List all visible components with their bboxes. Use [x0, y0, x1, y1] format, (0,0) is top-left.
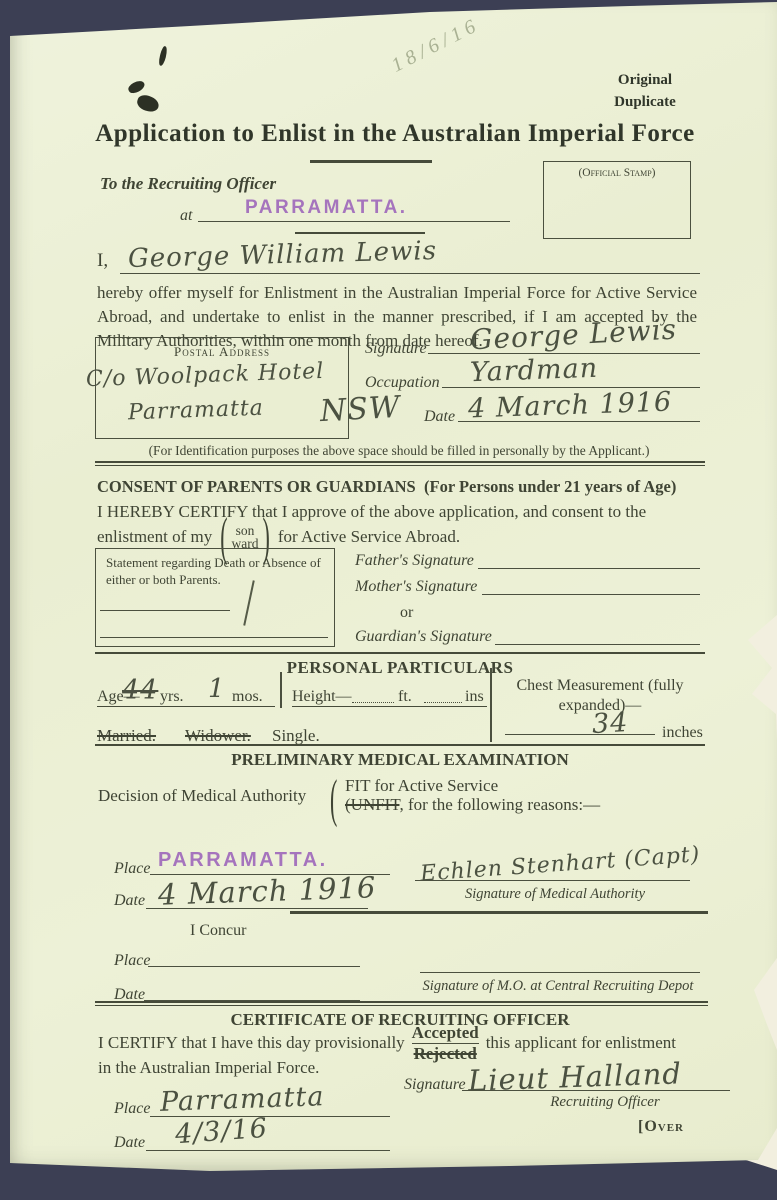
months-value-handwriting: 1 [208, 674, 226, 704]
unfit-word-struck: (UNFIT [345, 795, 399, 814]
postal-line2-handwriting: Parramatta [128, 396, 265, 426]
certificate-body-start: I CERTIFY that I have this day provision… [98, 1033, 405, 1053]
mother-signature-line [482, 571, 700, 595]
at-label: at [180, 207, 192, 225]
title-underline [310, 160, 432, 163]
mo-signature-label: Signature of M.O. at Central Recruiting … [408, 978, 708, 995]
ro-date-label: Date [114, 1134, 145, 1152]
name-line [120, 248, 700, 274]
section-rule [95, 465, 705, 466]
fit-line: FIT for Active Service [345, 776, 498, 796]
certificate-body-end: in the Australian Imperial Force. [98, 1058, 319, 1078]
medical-place-label: Place [114, 860, 150, 878]
section-rule [95, 652, 705, 654]
ro-date-line [146, 1126, 390, 1151]
son-ward-brace: son ward [232, 524, 259, 551]
chest-divider [490, 668, 492, 742]
mo-signature-line [420, 948, 700, 973]
height-ft-blank [352, 680, 394, 703]
or-label: or [400, 604, 413, 622]
salutation: To the Recruiting Officer [100, 174, 276, 194]
consent-heading-main: CONSENT OF PARENTS OR GUARDIANS [97, 477, 416, 496]
medical-date-label: Date [114, 892, 145, 910]
consent-body-line1: I HEREBY CERTIFY that I approve of the a… [97, 502, 697, 522]
section-rule [95, 1005, 708, 1006]
original-label: Original [600, 72, 690, 89]
father-signature-label: Father's Signature [355, 552, 474, 570]
authority-signature-line [415, 856, 690, 881]
at-underline [295, 232, 425, 234]
height-blank-line [292, 706, 487, 707]
decision-brace: ( [330, 768, 337, 830]
ro-signature-line [462, 1066, 730, 1091]
concur-place-label: Place [114, 952, 150, 970]
date-label: Date [424, 408, 455, 426]
ro-place-label: Place [114, 1100, 150, 1118]
decision-label: Decision of Medical Authority [98, 786, 306, 806]
accepted-rejected-block: Accepted Rejected [412, 1023, 479, 1063]
single-option: Single. [272, 726, 320, 746]
ins-label: ins [465, 688, 484, 706]
concur-date-line [144, 976, 360, 1001]
father-signature-line [478, 545, 700, 569]
i-concur-label: I Concur [190, 922, 246, 940]
chest-blank-line [505, 712, 655, 735]
concur-place-line [148, 942, 360, 967]
over-label: [Over [638, 1118, 684, 1136]
guardian-signature-label: Guardian's Signature [355, 628, 492, 646]
section-rule [95, 1001, 708, 1003]
section-rule [95, 744, 705, 746]
rejected-option-struck: Rejected [412, 1044, 479, 1064]
personal-particulars-heading: PERSONAL PARTICULARS [95, 658, 705, 678]
postal-line3-handwriting: NSW [319, 390, 401, 429]
unfit-line: (UNFIT, for the following reasons:— [345, 795, 600, 815]
declaration-prefix: I, [97, 250, 108, 272]
brace-son: son [236, 524, 255, 538]
occupation-label: Occupation [365, 374, 440, 392]
duplicate-label: Duplicate [600, 94, 690, 111]
form-title: Application to Enlist in the Australian … [55, 120, 735, 148]
authority-signature-label: Signature of Medical Authority [430, 886, 680, 903]
age-height-divider [280, 672, 282, 708]
official-stamp-label: (Official Stamp) [544, 167, 690, 179]
certificate-body-mid: this applicant for enlistment [486, 1033, 676, 1053]
accepted-option: Accepted [412, 1023, 479, 1044]
recruiting-officer-label: Recruiting Officer [520, 1094, 690, 1111]
section-rule [95, 461, 705, 463]
medical-date-line [146, 884, 368, 909]
height-label: Height— [292, 688, 352, 706]
statement-blank-line [100, 585, 230, 611]
consent-line2-start: enlistment of my [97, 527, 212, 547]
ro-place-line [150, 1092, 390, 1117]
age-value-handwriting: 44 [122, 675, 158, 706]
statement-box-label: Statement regarding Death or Absence of … [96, 549, 334, 589]
official-stamp-box: (Official Stamp) [543, 161, 691, 239]
occupation-handwriting: Yardman [469, 353, 598, 388]
yrs-label: yrs. [160, 688, 184, 706]
signature-label: Signature [365, 340, 427, 358]
height-ins-blank [424, 680, 462, 703]
consent-heading: CONSENT OF PARENTS OR GUARDIANS (For Per… [97, 477, 676, 497]
scanned-enlistment-form: 18/6/16 Original Duplicate Application t… [0, 0, 777, 1200]
ft-label: ft. [398, 688, 412, 706]
medical-rule [290, 911, 708, 914]
statement-blank-line [100, 612, 328, 638]
widower-option-struck: Widower. [185, 726, 251, 746]
inches-label: inches [662, 724, 703, 742]
postal-address-label: Postal Address [96, 344, 348, 360]
mos-label: mos. [232, 688, 263, 706]
identification-note: (For Identification purposes the above s… [95, 443, 703, 459]
married-option-struck: Married. [97, 726, 156, 746]
age-blank-line [97, 706, 275, 707]
ro-signature-label: Signature [404, 1076, 466, 1094]
consent-heading-note: (For Persons under 21 years of Age) [424, 477, 676, 496]
guardian-signature-line [495, 621, 700, 645]
medical-heading: PRELIMINARY MEDICAL EXAMINATION [95, 750, 705, 770]
reasons-suffix: , for the following reasons:— [399, 795, 600, 814]
consent-line2-end: for Active Service Abroad. [278, 527, 460, 547]
mother-signature-label: Mother's Signature [355, 578, 477, 596]
place-stamp-parramatta: PARRAMATTA. [245, 197, 408, 219]
